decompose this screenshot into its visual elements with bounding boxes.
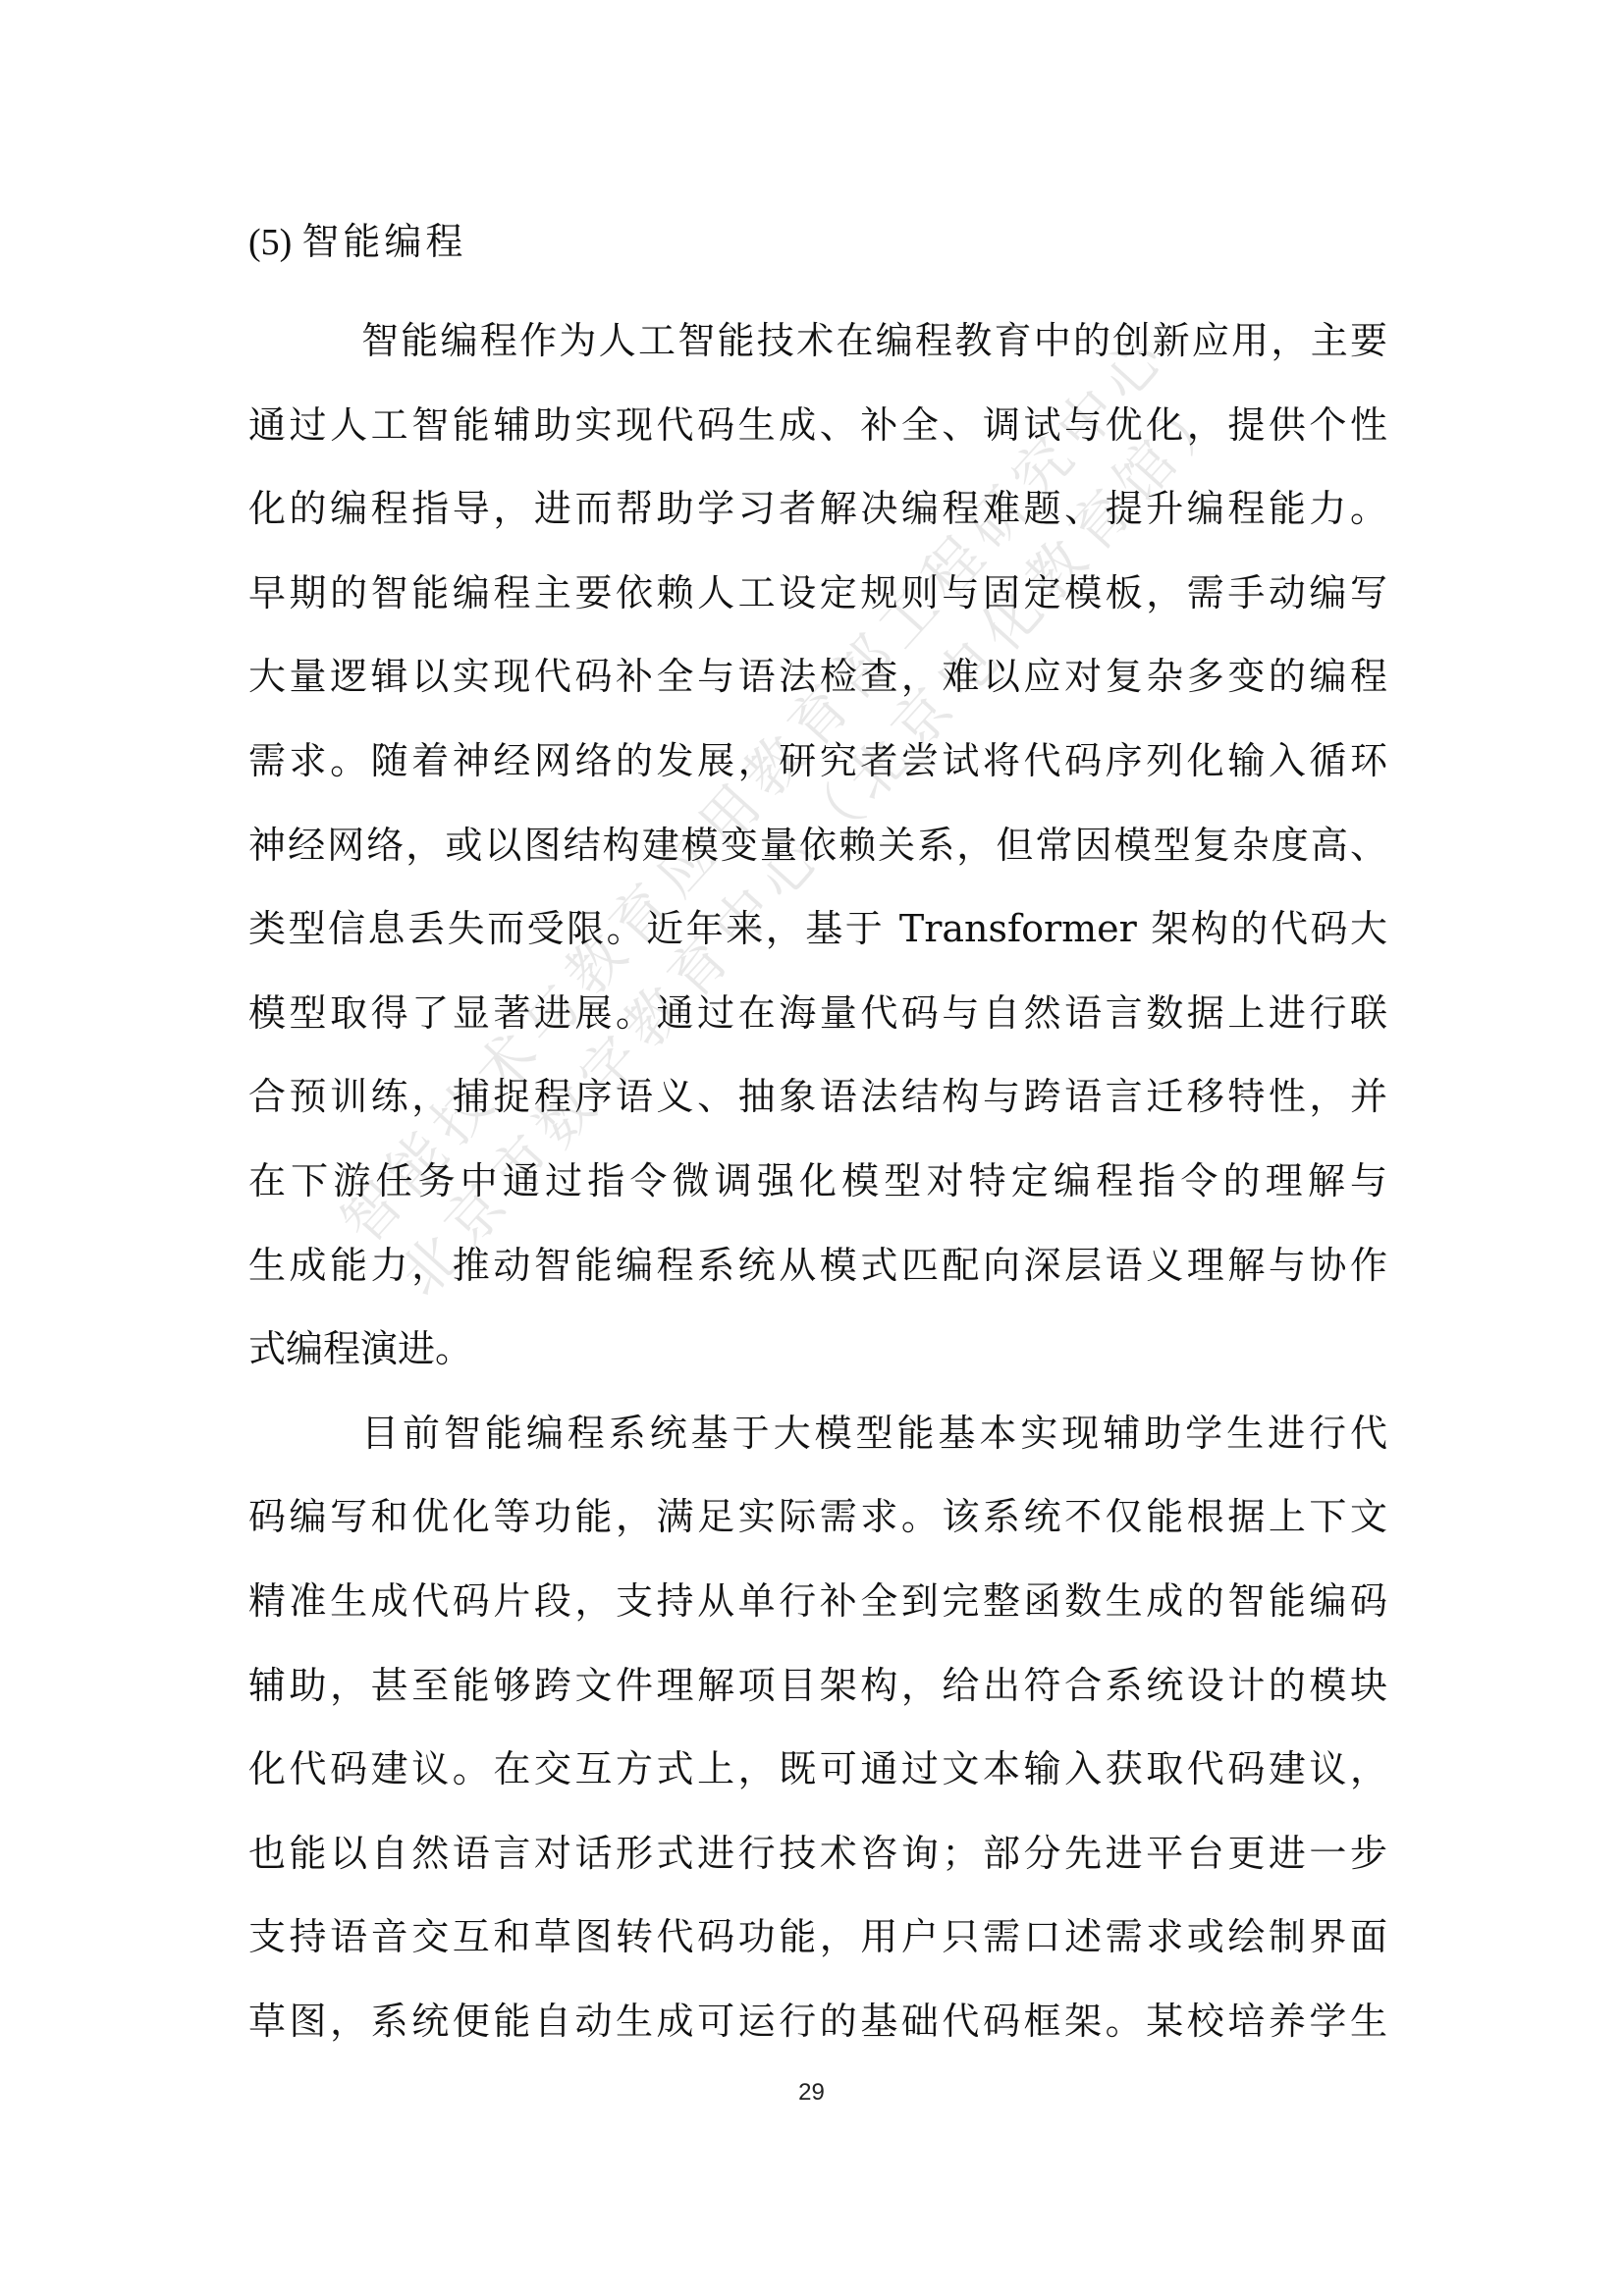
paragraph-2-line: 草图，系统便能自动生成可运行的基础代码框架。某校培养学生	[248, 1980, 1387, 2064]
paragraph-1-line: 神经网络，或以图结构建模变量依赖关系，但常因模型复杂度高、	[248, 804, 1387, 888]
page-number: 29	[0, 2079, 1623, 2107]
paragraph-1-line: 智能编程作为人工智能技术在编程教育中的创新应用，主要	[248, 299, 1387, 384]
paragraph-2-line: 码编写和优化等功能，满足实际需求。该系统不仅能根据上下文	[248, 1475, 1387, 1560]
paragraph-1-line: 生成能力，推动智能编程系统从模式匹配向深层语义理解与协作	[248, 1224, 1387, 1308]
document-page: 智能技术与教育应用教育部工程研究中心 北京市数字教育中心（北京电化教育馆） (5…	[0, 0, 1623, 2296]
paragraph-2-line: 也能以自然语言对话形式进行技术咨询；部分先进平台更进一步	[248, 1812, 1387, 1896]
paragraph-1-line: 大量逻辑以实现代码补全与语法检查，难以应对复杂多变的编程	[248, 635, 1387, 720]
paragraph-1-line: 类型信息丢失而受限。近年来，基于 Transformer 架构的代码大	[248, 887, 1387, 972]
section-title: 智能编程	[301, 220, 466, 263]
paragraph-2-line: 目前智能编程系统基于大模型能基本实现辅助学生进行代	[248, 1392, 1387, 1476]
paragraph-2-line: 化代码建议。在交互方式上，既可通过文本输入获取代码建议，	[248, 1728, 1387, 1812]
section-number: (5)	[248, 222, 292, 263]
paragraph-2-line: 精准生成代码片段，支持从单行补全到完整函数生成的智能编码	[248, 1560, 1387, 1644]
paragraph-2-line: 辅助，甚至能够跨文件理解项目架构，给出符合系统设计的模块	[248, 1644, 1387, 1729]
paragraph-1-line: 式编程演进。	[248, 1308, 1387, 1392]
paragraph-1-line: 模型取得了显著进展。通过在海量代码与自然语言数据上进行联	[248, 972, 1387, 1056]
paragraph-1-line: 早期的智能编程主要依赖人工设定规则与固定模板，需手动编写	[248, 552, 1387, 636]
paragraph-1-line: 通过人工智能辅助实现代码生成、补全、调试与优化，提供个性	[248, 384, 1387, 468]
paragraph-1-line: 在下游任务中通过指令微调强化模型对特定编程指令的理解与	[248, 1140, 1387, 1224]
paragraph-1-line: 需求。随着神经网络的发展，研究者尝试将代码序列化输入循环	[248, 720, 1387, 804]
paragraph-2-line: 支持语音交互和草图转代码功能，用户只需口述需求或绘制界面	[248, 1896, 1387, 1980]
section-heading: (5)智能编程	[248, 211, 466, 265]
body-text: 智能编程作为人工智能技术在编程教育中的创新应用，主要 通过人工智能辅助实现代码生…	[248, 299, 1387, 2063]
paragraph-1-line: 化的编程指导，进而帮助学习者解决编程难题、提升编程能力。	[248, 467, 1387, 552]
paragraph-1-line: 合预训练，捕捉程序语义、抽象语法结构与跨语言迁移特性，并	[248, 1055, 1387, 1140]
